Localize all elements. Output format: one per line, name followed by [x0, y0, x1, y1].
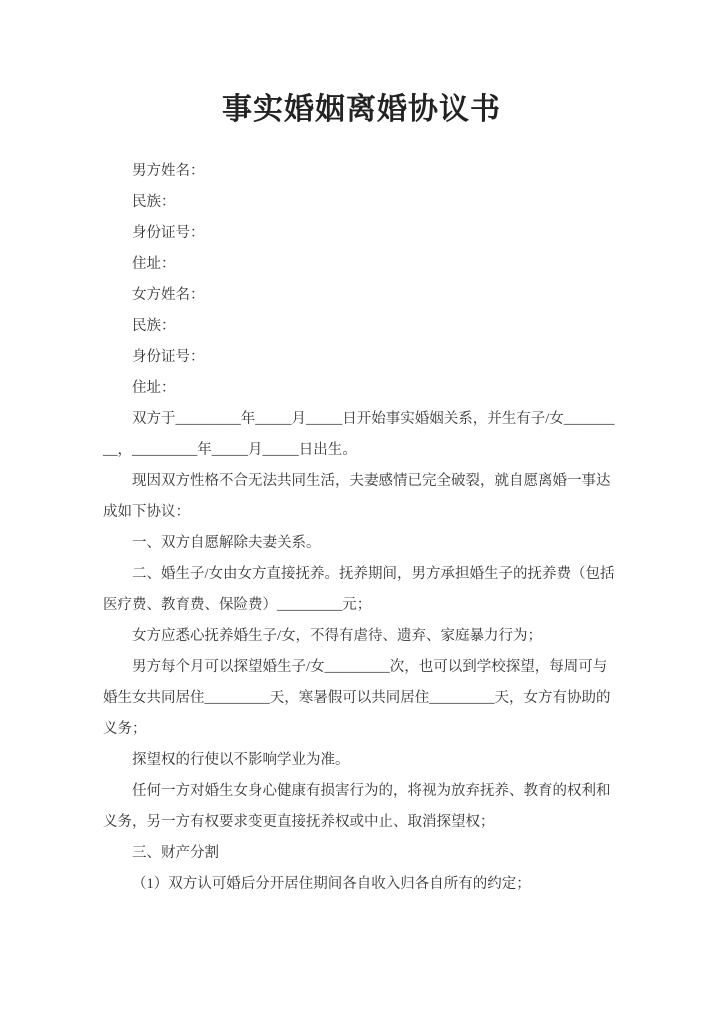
- field-male-name: 男方姓名：: [103, 156, 620, 187]
- field-female-name: 女方姓名：: [103, 280, 620, 311]
- para-preamble: 现因双方性格不合无法共同生活，夫妻感情已完全破裂，就自愿离婚一事达成如下协议：: [103, 466, 620, 528]
- para-property-item-1: （1）双方认可婚后分开居住期间各自收入归各自所有的约定；: [103, 869, 620, 900]
- document-page: 事实婚姻离婚协议书 男方姓名： 民族： 身份证号： 住址： 女方姓名： 民族： …: [0, 0, 720, 1017]
- document-content: 事实婚姻离婚协议书 男方姓名： 民族： 身份证号： 住址： 女方姓名： 民族： …: [0, 0, 720, 900]
- clause-3-property: 三、财产分割: [103, 838, 620, 869]
- field-female-ethnicity: 民族：: [103, 311, 620, 342]
- field-male-ethnicity: 民族：: [103, 187, 620, 218]
- clause-1-dissolution: 一、双方自愿解除夫妻关系。: [103, 528, 620, 559]
- clause-2-custody: 二、婚生子/女由女方直接抚养。抚养期间，男方承担婚生子的抚养费（包括医疗费、教育…: [103, 559, 620, 621]
- para-visitation-study: 探望权的行使以不影响学业为准。: [103, 745, 620, 776]
- field-female-id-number: 身份证号：: [103, 342, 620, 373]
- para-marriage-facts: 双方于_________年_____月_____日开始事实婚姻关系，并生有子/女…: [103, 404, 620, 466]
- field-male-id-number: 身份证号：: [103, 218, 620, 249]
- para-visitation-terms: 男方每个月可以探望婚生子/女_________次，也可以到学校探望，每周可与婚生…: [103, 652, 620, 745]
- field-male-address: 住址：: [103, 249, 620, 280]
- document-body: 男方姓名： 民族： 身份证号： 住址： 女方姓名： 民族： 身份证号： 住址： …: [103, 156, 620, 900]
- para-custody-care: 女方应悉心抚养婚生子/女，不得有虐待、遗弃、家庭暴力行为；: [103, 621, 620, 652]
- document-title: 事实婚姻离婚协议书: [103, 90, 620, 130]
- field-female-address: 住址：: [103, 373, 620, 404]
- para-harm-consequences: 任何一方对婚生女身心健康有损害行为的，将视为放弃抚养、教育的权利和义务，另一方有…: [103, 776, 620, 838]
